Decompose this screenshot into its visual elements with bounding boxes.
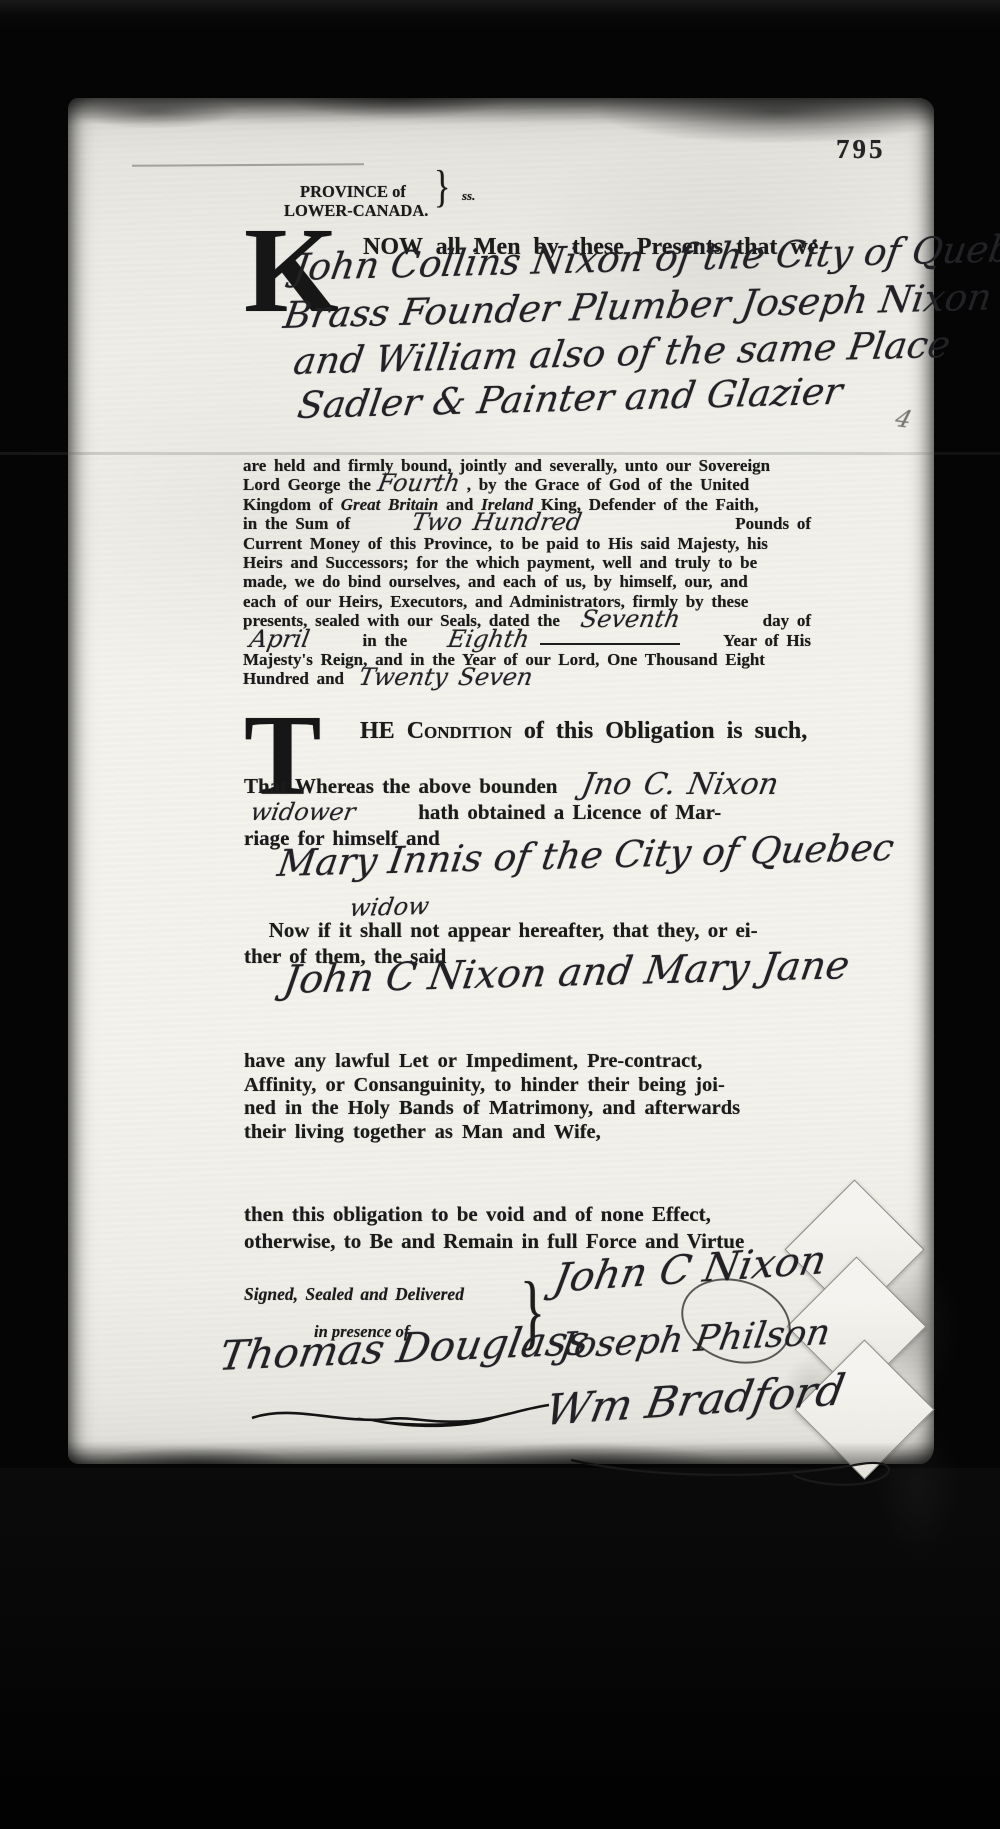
form-line: made, we do bind ourselves, and each of … [243, 572, 811, 591]
form-token: Kingdom of [243, 495, 341, 515]
form-line: ned in the Holy Bands of Matrimony, and … [244, 1097, 816, 1121]
form-line: Hundred andTwenty Seven [243, 669, 811, 688]
form-token: Pounds of [735, 514, 811, 534]
condition-heading: HE Condition of this Obligation is such, [360, 718, 807, 746]
form-line: widowerhath obtained a Licence of Mar- [244, 800, 816, 826]
witness-flourish-stroke [246, 1394, 556, 1432]
form-token: Current Money of this Province, to be pa… [243, 534, 768, 554]
form-token: in the Sum of [243, 514, 350, 534]
form-line: That Whereas the above boundenJno C. Nix… [244, 774, 816, 800]
form-line: have any lawful Let or Impediment, Pre-c… [244, 1050, 816, 1074]
form-line: Lord George theFourth, by the Grace of G… [243, 475, 811, 494]
form-token: of this Obligation is such, [512, 718, 807, 745]
form-token: Hundred and [243, 669, 344, 689]
page-number: 795 [836, 134, 886, 165]
form-line: Current Money of this Province, to be pa… [243, 534, 811, 553]
margin-pencil-mark: 4 [892, 404, 915, 433]
scan-background: 795 PROVINCE of LOWER-CANADA. } ss. 4 K … [0, 0, 1000, 1829]
form-line: their living together as Man and Wife, [244, 1121, 816, 1145]
form-token [540, 643, 680, 645]
bradford-flourish-stroke [563, 1444, 908, 1494]
impediment-paragraph: have any lawful Let or Impediment, Pre-c… [244, 1050, 816, 1144]
form-token: That Whereas the above bounden [244, 774, 557, 799]
form-line: in the Sum ofTwo HundredPounds of [243, 514, 811, 533]
signed-sealed-label: Signed, Sealed and Delivered [244, 1284, 464, 1305]
witness-signature: Thomas Douglass [216, 1316, 593, 1380]
form-token: hath obtained a Licence of Mar- [418, 800, 721, 825]
form-line: each of our Heirs, Executors, and Admini… [243, 592, 811, 611]
form-token: Year of His [723, 631, 811, 651]
form-line: Aprilin theEighthYear of His [243, 631, 811, 650]
crease-line [0, 452, 1000, 455]
form-token: Condition [407, 718, 512, 745]
form-token: Lord George the [243, 475, 371, 495]
form-line: then this obligation to be void and of n… [244, 1202, 824, 1229]
film-bottom-zone [0, 1468, 1000, 1829]
form-line: Heirs and Successors; for the which paym… [243, 553, 811, 572]
province-line1: PROVINCE of [284, 182, 454, 201]
form-token: day of [763, 611, 811, 631]
document-page: 795 PROVINCE of LOWER-CANADA. } ss. 4 K … [68, 98, 934, 1464]
form-token: made, we do bind ourselves, and each of … [243, 572, 748, 592]
form-line: Affinity, or Consanguinity, to hinder th… [244, 1074, 816, 1098]
header-brace-icon: } [434, 175, 450, 201]
form-line: HE Condition of this Obligation is such, [360, 718, 807, 746]
form-line: are held and firmly bound, jointly and s… [243, 456, 811, 475]
bond-paragraph: are held and firmly bound, jointly and s… [243, 456, 811, 689]
form-token: are held and firmly bound, jointly and s… [243, 456, 770, 476]
film-top-edge [0, 0, 1000, 28]
scratch-line [132, 163, 364, 167]
form-token: , by the Grace of God of the United [467, 475, 750, 495]
ss-mark: ss. [462, 186, 475, 205]
form-token: Heirs and Successors; for the which paym… [243, 553, 757, 573]
form-line: Now if it shall not appear hereafter, th… [244, 918, 816, 944]
form-token: HE [360, 718, 407, 745]
form-token: in the [363, 631, 408, 651]
